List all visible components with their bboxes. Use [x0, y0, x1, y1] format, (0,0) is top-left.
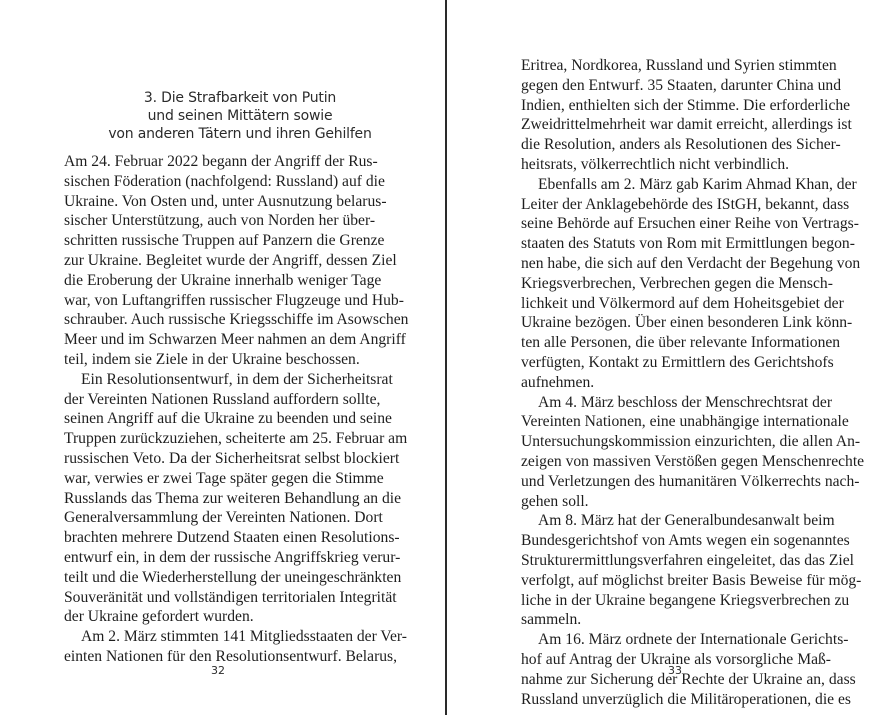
text-line: sischer Unterstützung, auch von Norden h…: [64, 211, 373, 231]
text-line: gehen soll.: [521, 492, 831, 512]
text-line: Kriegsverbrechen, Verbrechen gegen die M…: [521, 274, 831, 294]
text-line: entwurf ein, in dem der russische Angrif…: [64, 548, 373, 568]
text-line: Ukraine bezögen. Über einen besonderen L…: [521, 313, 831, 333]
chapter-heading-line: von anderen Tätern und ihren Gehilfen: [64, 125, 416, 143]
text-line: Untersuchungskommission einzurichten, di…: [521, 432, 831, 452]
text-line: die Eroberung der Ukraine innerhalb weni…: [64, 271, 373, 291]
text-line: staaten des Statuts von Rom mit Ermittlu…: [521, 234, 831, 254]
text-line: und Verletzungen des humanitären Völkerr…: [521, 472, 831, 492]
text-line: Zweidrittelmehrheit war damit erreicht, …: [521, 115, 831, 135]
text-line: der Ukraine gefordert wurden.: [64, 607, 373, 627]
chapter-heading: 3. Die Strafbarkeit von Putin und seinen…: [64, 89, 416, 143]
text-line: teilt und die Wiederherstellung der unei…: [64, 568, 373, 588]
text-line: heitsrats, völkerrechtlich nicht verbind…: [521, 155, 831, 175]
text-line: schrauber. Auch russische Kriegsschiffe …: [64, 310, 373, 330]
text-line: zeigen von massiven Verstößen gegen Mens…: [521, 452, 831, 472]
chapter-heading-line: und seinen Mittätern sowie: [64, 107, 416, 125]
text-line: Russland unverzüglich die Militäroperati…: [521, 690, 831, 710]
text-line: war, verwies er zwei Tage später gegen d…: [64, 469, 373, 489]
text-line: nen habe, die sich auf den Verdacht der …: [521, 254, 831, 274]
page-gutter-divider: [445, 0, 447, 715]
page-number-left: 32: [198, 664, 238, 677]
text-line: Am 24. Februar 2022 begann der Angriff d…: [64, 152, 373, 172]
text-line: aufnehmen.: [521, 373, 831, 393]
text-line: verfügten, Kontakt zu Ermittlern des Ger…: [521, 353, 831, 373]
text-line: liche in der Ukraine begangene Kriegsver…: [521, 591, 831, 611]
text-line: die Resolution, anders als Resolutionen …: [521, 135, 831, 155]
paragraph-start-line: Ebenfalls am 2. März gab Karim Ahmad Kha…: [521, 175, 831, 195]
text-line: brachten mehrere Dutzend Staaten einen R…: [64, 528, 373, 548]
text-line: Russlands das Thema zur weiteren Behandl…: [64, 489, 373, 509]
text-line: teil, indem sie Ziele in der Ukraine bes…: [64, 350, 373, 370]
text-line: gegen den Entwurf. 35 Staaten, darunter …: [521, 76, 831, 96]
left-page: 3. Die Strafbarkeit von Putin und seinen…: [0, 0, 445, 715]
text-line: zur Ukraine. Begleitet wurde der Angriff…: [64, 251, 373, 271]
text-line: seine Behörde auf Ersuchen einer Reihe v…: [521, 214, 831, 234]
text-line: russischen Veto. Da der Sicherheitsrat s…: [64, 449, 373, 469]
paragraph-start-line: Am 2. März stimmten 141 Mitgliedsstaaten…: [64, 627, 373, 647]
text-line: verfolgt, auf möglichst breiter Basis Be…: [521, 571, 831, 591]
text-line: Leiter der Anklagebehörde des IStGH, bek…: [521, 195, 831, 215]
text-line: der Vereinten Nationen Russland aufforde…: [64, 390, 373, 410]
right-page-body: Eritrea, Nordkorea, Russland und Syrien …: [521, 56, 831, 709]
left-page-body: Am 24. Februar 2022 begann der Angriff d…: [64, 152, 373, 667]
text-line: ten alle Personen, die über relevante In…: [521, 333, 831, 353]
text-line: lichkeit und Völkermord auf dem Hoheitsg…: [521, 294, 831, 314]
book-spread: 3. Die Strafbarkeit von Putin und seinen…: [0, 0, 894, 715]
text-line: Strukturermittlungsverfahren eingeleitet…: [521, 551, 831, 571]
paragraph-start-line: Ein Resolutionsentwurf, in dem der Siche…: [64, 370, 373, 390]
chapter-heading-line: 3. Die Strafbarkeit von Putin: [64, 89, 416, 107]
paragraph-start-line: Am 4. März beschloss der Menschrechtsrat…: [521, 393, 831, 413]
paragraph-start-line: Am 16. März ordnete der Internationale G…: [521, 630, 831, 650]
text-line: sammeln.: [521, 610, 831, 630]
text-line: Eritrea, Nordkorea, Russland und Syrien …: [521, 56, 831, 76]
text-line: Generalversammlung der Vereinten Natione…: [64, 508, 373, 528]
text-line: Indien, enthielten sich der Stimme. Die …: [521, 96, 831, 116]
text-line: schritten russische Truppen auf Panzern …: [64, 231, 373, 251]
text-line: Bundesgerichtshof von Amts wegen ein sog…: [521, 531, 831, 551]
text-line: sischen Föderation (nachfolgend: Russlan…: [64, 172, 373, 192]
text-line: war, von Luftangriffen russischer Flugze…: [64, 291, 373, 311]
text-line: Truppen zurückzuziehen, scheiterte am 25…: [64, 429, 373, 449]
text-line: Souveränität und vollständigen territori…: [64, 588, 373, 608]
text-line: Meer und im Schwarzen Meer nahmen an dem…: [64, 330, 373, 350]
text-line: Vereinten Nationen, eine unabhängige int…: [521, 412, 831, 432]
page-number-right: 33: [655, 664, 695, 677]
text-line: Ukraine. Von Osten und, unter Ausnutzung…: [64, 192, 373, 212]
text-line: seinen Angriff auf die Ukraine zu beende…: [64, 409, 373, 429]
paragraph-start-line: Am 8. März hat der Generalbundesanwalt b…: [521, 511, 831, 531]
